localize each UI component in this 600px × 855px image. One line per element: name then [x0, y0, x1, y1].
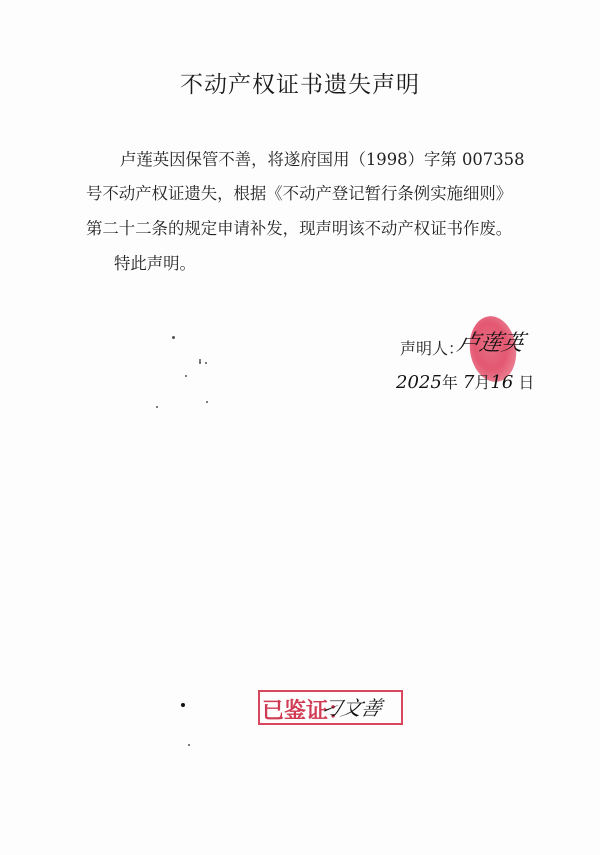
- date-day-suffix: 日: [518, 373, 534, 392]
- scan-speckle: [185, 375, 187, 377]
- scan-speckle: [199, 359, 201, 361]
- document-title: 不动产权证书遗失声明: [0, 66, 600, 99]
- date-year: 2025: [396, 372, 442, 393]
- date-month: 7: [463, 372, 474, 393]
- date-day: 16: [490, 372, 513, 393]
- scan-speckle: [172, 336, 175, 339]
- declarant-signature: 卢莲英: [455, 326, 528, 357]
- date-month-suffix: 月: [474, 373, 490, 392]
- body-line-2: 号不动产权证遗失，根据《不动产登记暂行条例实施细则》: [86, 180, 512, 204]
- scan-speckle: [199, 361, 201, 364]
- scan-speckle: [156, 406, 158, 408]
- scan-speckle: [188, 744, 190, 746]
- body-line-1: 卢莲英因保管不善，将遂府国用（1998）字第 007358: [120, 146, 525, 170]
- declaration-date: 2025年 7月16 日: [396, 370, 534, 393]
- scan-speckle: [205, 362, 207, 364]
- body-line-3: 第二十二条的规定申请补发，现声明该不动产权证书作废。: [86, 215, 512, 239]
- date-year-suffix: 年: [442, 373, 458, 392]
- scan-speckle: [206, 401, 208, 403]
- document-page: 不动产权证书遗失声明 卢莲英因保管不善，将遂府国用（1998）字第 007358…: [0, 0, 600, 855]
- verifier-signature: 刁文善: [318, 692, 386, 721]
- body-line-4: 特此声明。: [114, 250, 196, 274]
- scan-speckle: [181, 703, 185, 707]
